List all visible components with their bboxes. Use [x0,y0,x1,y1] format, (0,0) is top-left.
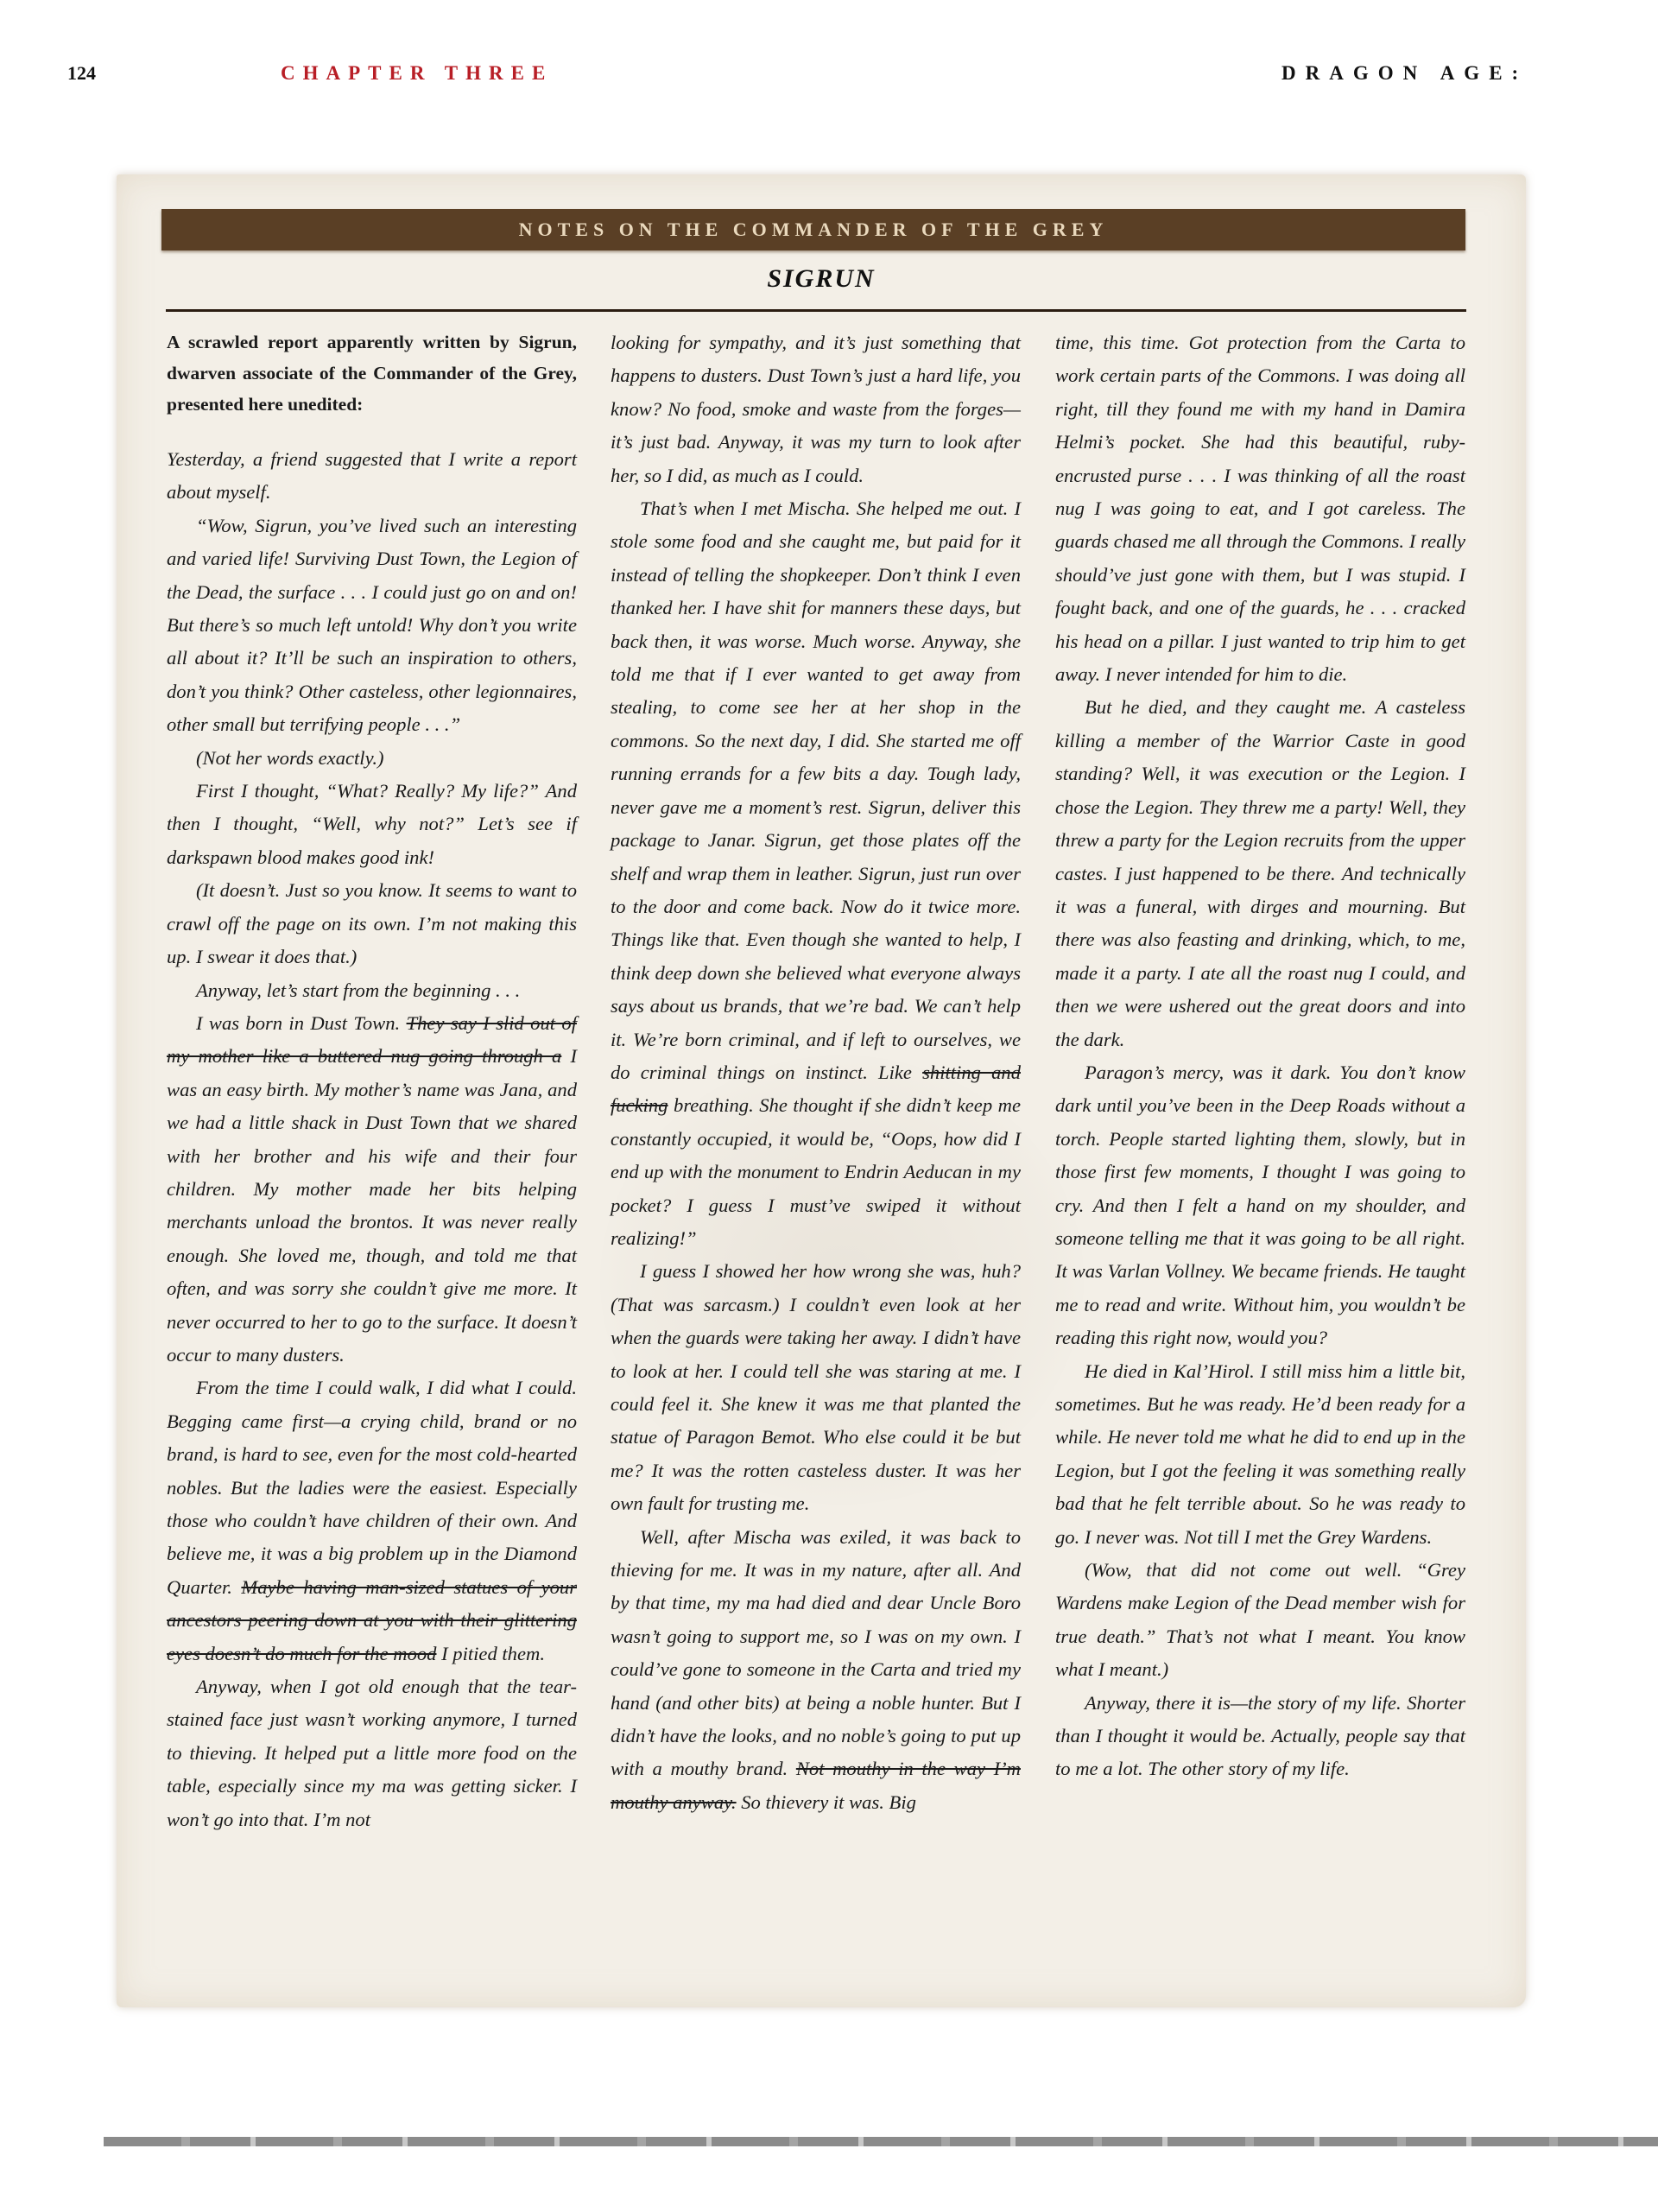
heading-rule [166,309,1466,312]
intro-text: A scrawled report apparently written by … [167,326,577,420]
paragraph: I guess I showed her how wrong she was, … [611,1255,1021,1520]
running-head: 124 CHAPTER THREE DRAGON AGE: [0,62,1658,97]
text-segment: So thievery it was. Big [737,1791,916,1813]
paragraph: time, this time. Got protection from the… [1055,326,1465,691]
paragraph: Yesterday, a friend suggested that I wri… [167,443,577,510]
paragraph: First I thought, “What? Really? My life?… [167,775,577,874]
footer-decorative-bar [104,2137,1658,2146]
text-column-1: A scrawled report apparently written by … [167,326,577,1836]
text-column-3: time, this time. Got protection from the… [1055,326,1465,1786]
paragraph-group: looking for sympathy, and it’s just some… [611,326,1021,1819]
text-segment: Anyway, let’s start from the beginning .… [196,979,520,1001]
sidebar-banner: NOTES ON THE COMMANDER OF THE GREY [161,209,1465,250]
chapter-title: CHAPTER THREE [281,62,553,85]
section-heading: SIGRUN [117,264,1526,294]
paragraph: Anyway, let’s start from the beginning .… [167,974,577,1007]
text-segment: First I thought, “What? Really? My life?… [167,780,577,868]
banner-title: NOTES ON THE COMMANDER OF THE GREY [519,219,1109,241]
text-segment: “Wow, Sigrun, you’ve lived such an inter… [167,515,577,735]
text-segment: That’s when I met Mischa. She helped me … [611,498,1021,1083]
text-segment: Anyway, when I got old enough that the t… [167,1676,577,1830]
text-segment: He died in Kal’Hirol. I still miss him a… [1055,1360,1465,1548]
parchment-sidebar: NOTES ON THE COMMANDER OF THE GREY SIGRU… [117,174,1526,2007]
paragraph: Well, after Mischa was exiled, it was ba… [611,1521,1021,1820]
text-segment: breathing. She thought if she didn’t kee… [611,1094,1021,1249]
text-segment: From the time I could walk, I did what I… [167,1377,577,1597]
paragraph: (Not her words exactly.) [167,742,577,775]
text-segment: I was an easy birth. My mother’s name wa… [167,1045,577,1366]
paragraph-group: time, this time. Got protection from the… [1055,326,1465,1786]
paragraph: “Wow, Sigrun, you’ve lived such an inter… [167,510,577,742]
text-segment: Paragon’s mercy, was it dark. You don’t … [1055,1062,1465,1348]
page-number: 124 [67,62,96,85]
paragraph: looking for sympathy, and it’s just some… [611,326,1021,492]
text-segment: (Wow, that did not come out well. “Grey … [1055,1559,1465,1680]
paragraph: Paragon’s mercy, was it dark. You don’t … [1055,1056,1465,1355]
paragraph: I was born in Dust Town. They say I slid… [167,1007,577,1372]
text-column-2: looking for sympathy, and it’s just some… [611,326,1021,1819]
text-segment: time, this time. Got protection from the… [1055,332,1465,685]
paragraph: But he died, and they caught me. A caste… [1055,691,1465,1055]
paragraph: (Wow, that did not come out well. “Grey … [1055,1554,1465,1687]
paragraph: (It doesn’t. Just so you know. It seems … [167,874,577,973]
paragraph: That’s when I met Mischa. She helped me … [611,492,1021,1255]
book-title: DRAGON AGE: [1281,62,1528,85]
paragraph: He died in Kal’Hirol. I still miss him a… [1055,1355,1465,1554]
text-segment: looking for sympathy, and it’s just some… [611,332,1021,486]
text-segment: I guess I showed her how wrong she was, … [611,1260,1021,1514]
text-segment: Anyway, there it is—the story of my life… [1055,1692,1465,1780]
text-segment: (Not her words exactly.) [196,747,384,769]
text-segment: Well, after Mischa was exiled, it was ba… [611,1526,1021,1780]
text-segment: (It doesn’t. Just so you know. It seems … [167,879,577,967]
paragraph-group: Yesterday, a friend suggested that I wri… [167,443,577,1836]
text-segment: I was born in Dust Town. [196,1012,407,1034]
paragraph: Anyway, when I got old enough that the t… [167,1670,577,1836]
text-segment: I pitied them. [436,1643,545,1664]
text-segment: But he died, and they caught me. A caste… [1055,696,1465,1049]
paragraph: From the time I could walk, I did what I… [167,1372,577,1670]
paragraph: Anyway, there it is—the story of my life… [1055,1687,1465,1786]
text-segment: Yesterday, a friend suggested that I wri… [167,448,577,503]
